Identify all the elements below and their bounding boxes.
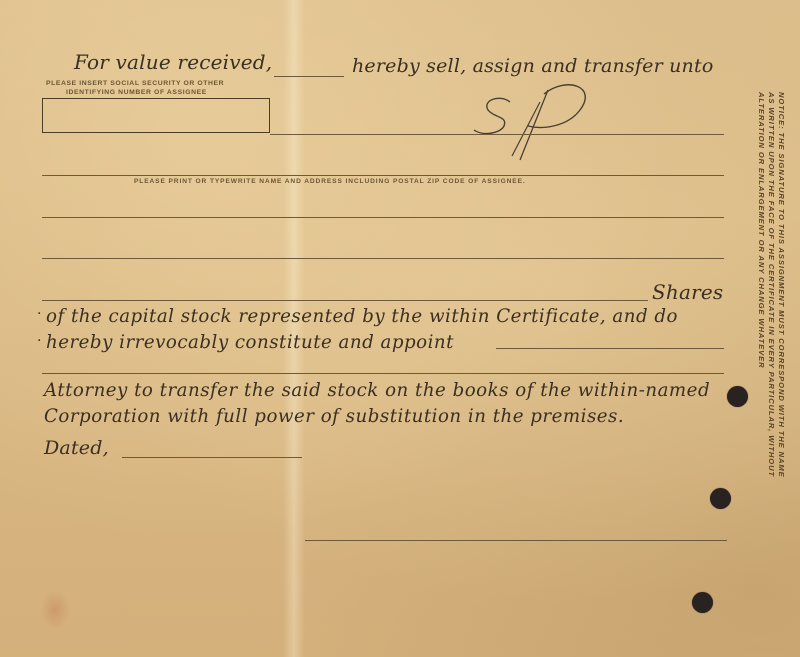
paper-fold-crease bbox=[283, 0, 305, 657]
punch-hole-3 bbox=[692, 592, 713, 613]
bullet-dot: · bbox=[37, 306, 41, 322]
assignee-ssn-box[interactable] bbox=[42, 98, 270, 133]
body-line-2: hereby irrevocably constitute and appoin… bbox=[46, 332, 454, 353]
body-line-1: of the capital stock represented by the … bbox=[46, 306, 678, 327]
dated-label: Dated, bbox=[44, 437, 109, 459]
value-received-blank-line[interactable] bbox=[274, 76, 344, 77]
signature-notice: NOTICE: THE SIGNATURE TO THIS ASSIGNMENT… bbox=[756, 92, 786, 478]
bullet-dot: · bbox=[37, 333, 41, 349]
shares-text: Shares bbox=[652, 280, 723, 304]
handwritten-initials bbox=[470, 72, 600, 162]
punch-hole-1 bbox=[727, 386, 748, 407]
assignee-address-line-1[interactable] bbox=[42, 217, 724, 218]
notice-line-1: NOTICE: THE SIGNATURE TO THIS ASSIGNMENT… bbox=[776, 92, 786, 478]
paper-stain bbox=[40, 590, 70, 630]
dated-line[interactable] bbox=[122, 457, 302, 458]
assignee-name-line[interactable] bbox=[42, 175, 724, 176]
notice-line-2: AS WRITTEN UPON THE FACE OF THE CERTIFIC… bbox=[766, 92, 776, 478]
assignee-line-1[interactable] bbox=[270, 134, 724, 135]
ssn-label-line2: IDENTIFYING NUMBER OF ASSIGNEE bbox=[66, 89, 207, 96]
ssn-label-line1: PLEASE INSERT SOCIAL SECURITY OR OTHER bbox=[46, 80, 224, 87]
shares-count-line[interactable] bbox=[42, 300, 648, 301]
attorney-line-2[interactable] bbox=[42, 373, 724, 374]
body-line-4: Corporation with full power of substitut… bbox=[44, 406, 624, 427]
assignee-name-address-label: PLEASE PRINT OR TYPEWRITE NAME AND ADDRE… bbox=[134, 178, 526, 185]
punch-hole-2 bbox=[710, 488, 731, 509]
attorney-name-line[interactable] bbox=[496, 348, 724, 349]
signature-line[interactable] bbox=[305, 540, 727, 541]
assignee-address-line-2[interactable] bbox=[42, 258, 724, 259]
body-line-3: Attorney to transfer the said stock on t… bbox=[44, 380, 710, 401]
notice-line-3: ALTERATION OR ENLARGEMENT OR ANY CHANGE … bbox=[756, 92, 766, 478]
for-value-received-text: For value received, bbox=[74, 50, 272, 74]
